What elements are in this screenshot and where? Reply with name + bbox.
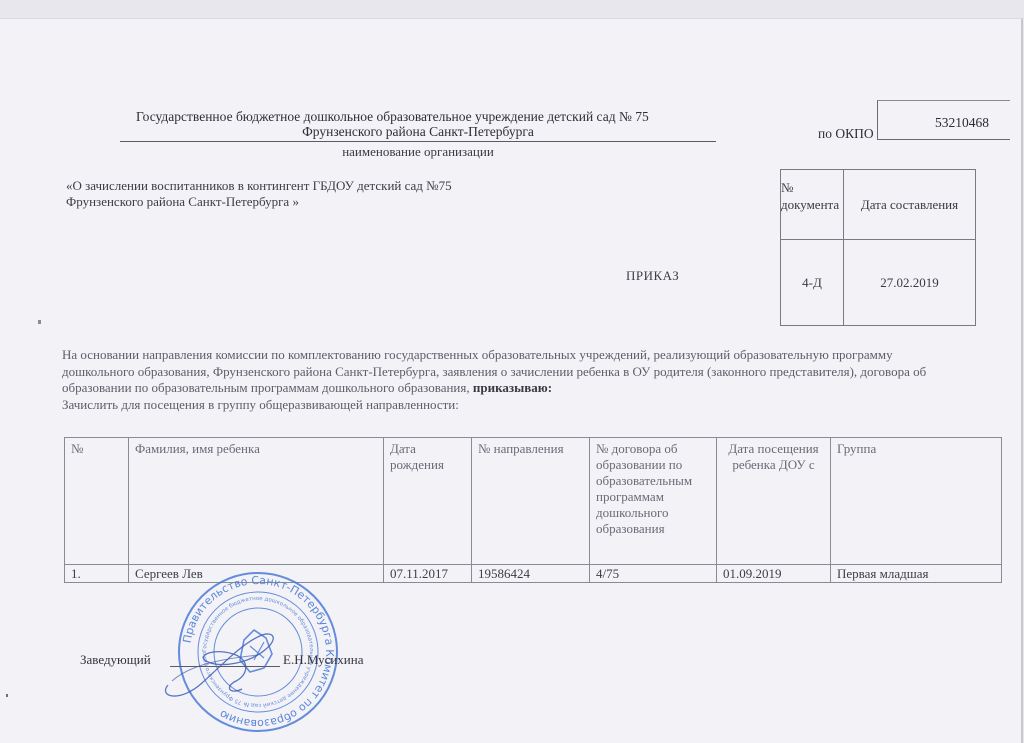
cell-number: 1. xyxy=(65,565,129,583)
order-subject: «О зачислении воспитанников в контингент… xyxy=(66,178,452,210)
cell-birth-date: 07.11.2017 xyxy=(384,565,472,583)
org-caption: наименование организации xyxy=(120,144,716,160)
doc-info-table: № документа Дата составления 4-Д 27.02.2… xyxy=(780,169,976,326)
order-subject-line1: «О зачислении воспитанников в контингент… xyxy=(66,178,452,194)
col-header-start-date: Дата посещения ребенка ДОУ с xyxy=(717,438,831,565)
cell-start-date: 01.09.2019 xyxy=(717,565,831,583)
table-header-row: № Фамилия, имя ребенка Дата рождения № н… xyxy=(65,438,1002,565)
enrollment-table: № Фамилия, имя ребенка Дата рождения № н… xyxy=(64,437,1002,583)
enroll-line: Зачислить для посещения в группу общераз… xyxy=(62,397,962,414)
okpo-label: по ОКПО xyxy=(818,126,874,142)
handwritten-signature-icon xyxy=(150,625,300,705)
col-header-number: № xyxy=(65,438,129,565)
document-title: ПРИКАЗ xyxy=(626,268,679,284)
order-word: приказываю: xyxy=(473,380,552,395)
cell-referral-number: 19586424 xyxy=(472,565,590,583)
signature-line xyxy=(170,666,280,667)
okpo-value: 53210468 xyxy=(877,115,1009,131)
org-name-line1: Государственное бюджетное дошкольное обр… xyxy=(136,109,649,125)
order-basis: На основании направления комиссии по ком… xyxy=(62,347,962,413)
scan-speck xyxy=(38,320,41,324)
col-header-group: Группа xyxy=(831,438,1002,565)
scan-speck xyxy=(6,694,8,697)
signer-position: Заведующий xyxy=(80,652,151,668)
col-header-contract-number: № договора об образовании по образовател… xyxy=(590,438,717,565)
col-header-birth-date: Дата рождения xyxy=(384,438,472,565)
col-header-child-name: Фамилия, имя ребенка xyxy=(129,438,384,565)
doc-date-value: 27.02.2019 xyxy=(844,240,976,326)
cell-contract-number: 4/75 xyxy=(590,565,717,583)
org-name-line2: Фрунзенского района Санкт-Петербурга xyxy=(120,124,716,140)
doc-number-value: 4-Д xyxy=(781,240,844,326)
org-name-underline xyxy=(120,141,716,142)
order-subject-line2: Фрунзенского района Санкт-Петербурга » xyxy=(66,194,452,210)
cell-group: Первая младшая xyxy=(831,565,1002,583)
doc-number-header: № документа xyxy=(781,170,844,240)
col-header-referral-number: № направления xyxy=(472,438,590,565)
doc-date-header: Дата составления xyxy=(844,170,976,240)
signer-name: Е.Н.Мусихина xyxy=(283,652,363,668)
